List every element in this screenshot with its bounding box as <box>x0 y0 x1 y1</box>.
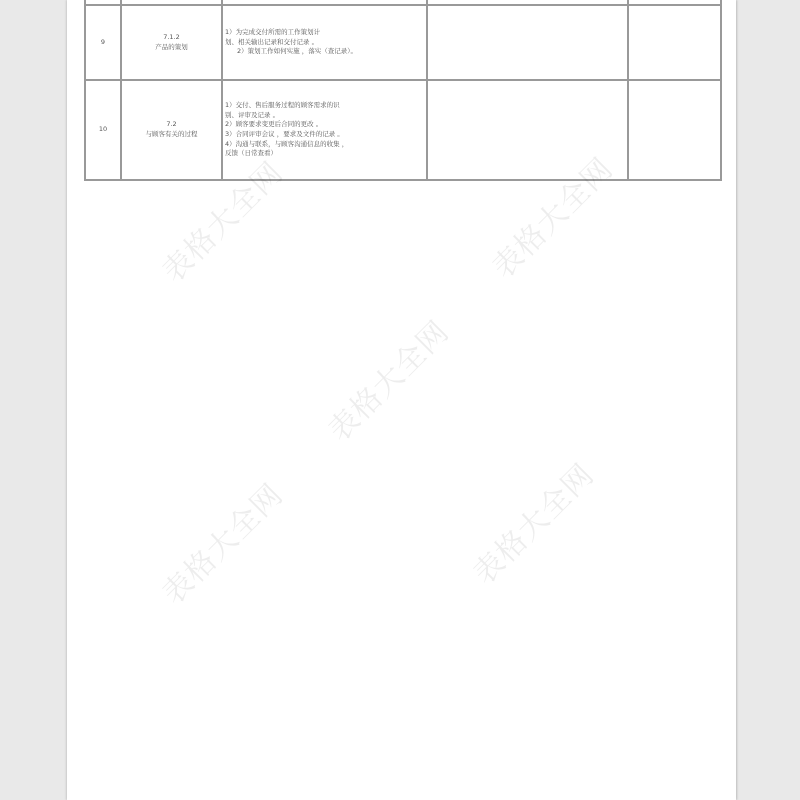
cell-record <box>427 80 628 180</box>
cell-number: 10 <box>85 80 121 180</box>
content-line: 别、评审及记录 。 <box>225 111 426 121</box>
content-line: 2）顾客要求变更后合同的更改 。 <box>225 120 426 130</box>
table-row: 10 7.2 与顾客有关的过程 1）交付、售后服务过程的顾客需求的识 别、评审及… <box>85 80 721 180</box>
cell-record <box>427 5 628 80</box>
cell-content: 1）为完成交付所需的工作策划计 划、相关输出记录和交付记录 。 2）策划工作如何… <box>222 5 427 80</box>
document-page: 9 7.1.2 产品的策划 1）为完成交付所需的工作策划计 划、相关输出记录和交… <box>67 0 736 800</box>
cell-result <box>628 5 721 80</box>
content-line: 划、相关输出记录和交付记录 。 <box>225 38 426 48</box>
content-line: 1）为完成交付所需的工作策划计 <box>225 28 426 38</box>
cell-clause: 7.1.2 产品的策划 <box>121 5 222 80</box>
clause-name: 产品的策划 <box>122 43 221 53</box>
table-row: 9 7.1.2 产品的策划 1）为完成交付所需的工作策划计 划、相关输出记录和交… <box>85 5 721 80</box>
content-line: 1）交付、售后服务过程的顾客需求的识 <box>225 101 426 111</box>
audit-checklist-table: 9 7.1.2 产品的策划 1）为完成交付所需的工作策划计 划、相关输出记录和交… <box>84 0 722 181</box>
content-line: 2）策划工作如何实施 ，落实（查记录）。 <box>225 47 426 57</box>
cell-result <box>628 80 721 180</box>
content-line: 3）合同评审会议 ，要求及文件的记录 。 <box>225 130 426 140</box>
watermark: 表格大全网 <box>150 472 291 613</box>
cell-clause: 7.2 与顾客有关的过程 <box>121 80 222 180</box>
watermark: 表格大全网 <box>461 452 602 593</box>
clause-number: 7.1.2 <box>122 33 221 43</box>
watermark: 表格大全网 <box>316 309 457 450</box>
cell-number: 9 <box>85 5 121 80</box>
content-line: 反馈（日常查看） <box>225 149 426 159</box>
content-line: 4）沟通与联系，与顾客沟通信息的收集 ， <box>225 140 426 150</box>
clause-number: 7.2 <box>122 120 221 130</box>
cell-content: 1）交付、售后服务过程的顾客需求的识 别、评审及记录 。 2）顾客要求变更后合同… <box>222 80 427 180</box>
clause-name: 与顾客有关的过程 <box>122 130 221 140</box>
